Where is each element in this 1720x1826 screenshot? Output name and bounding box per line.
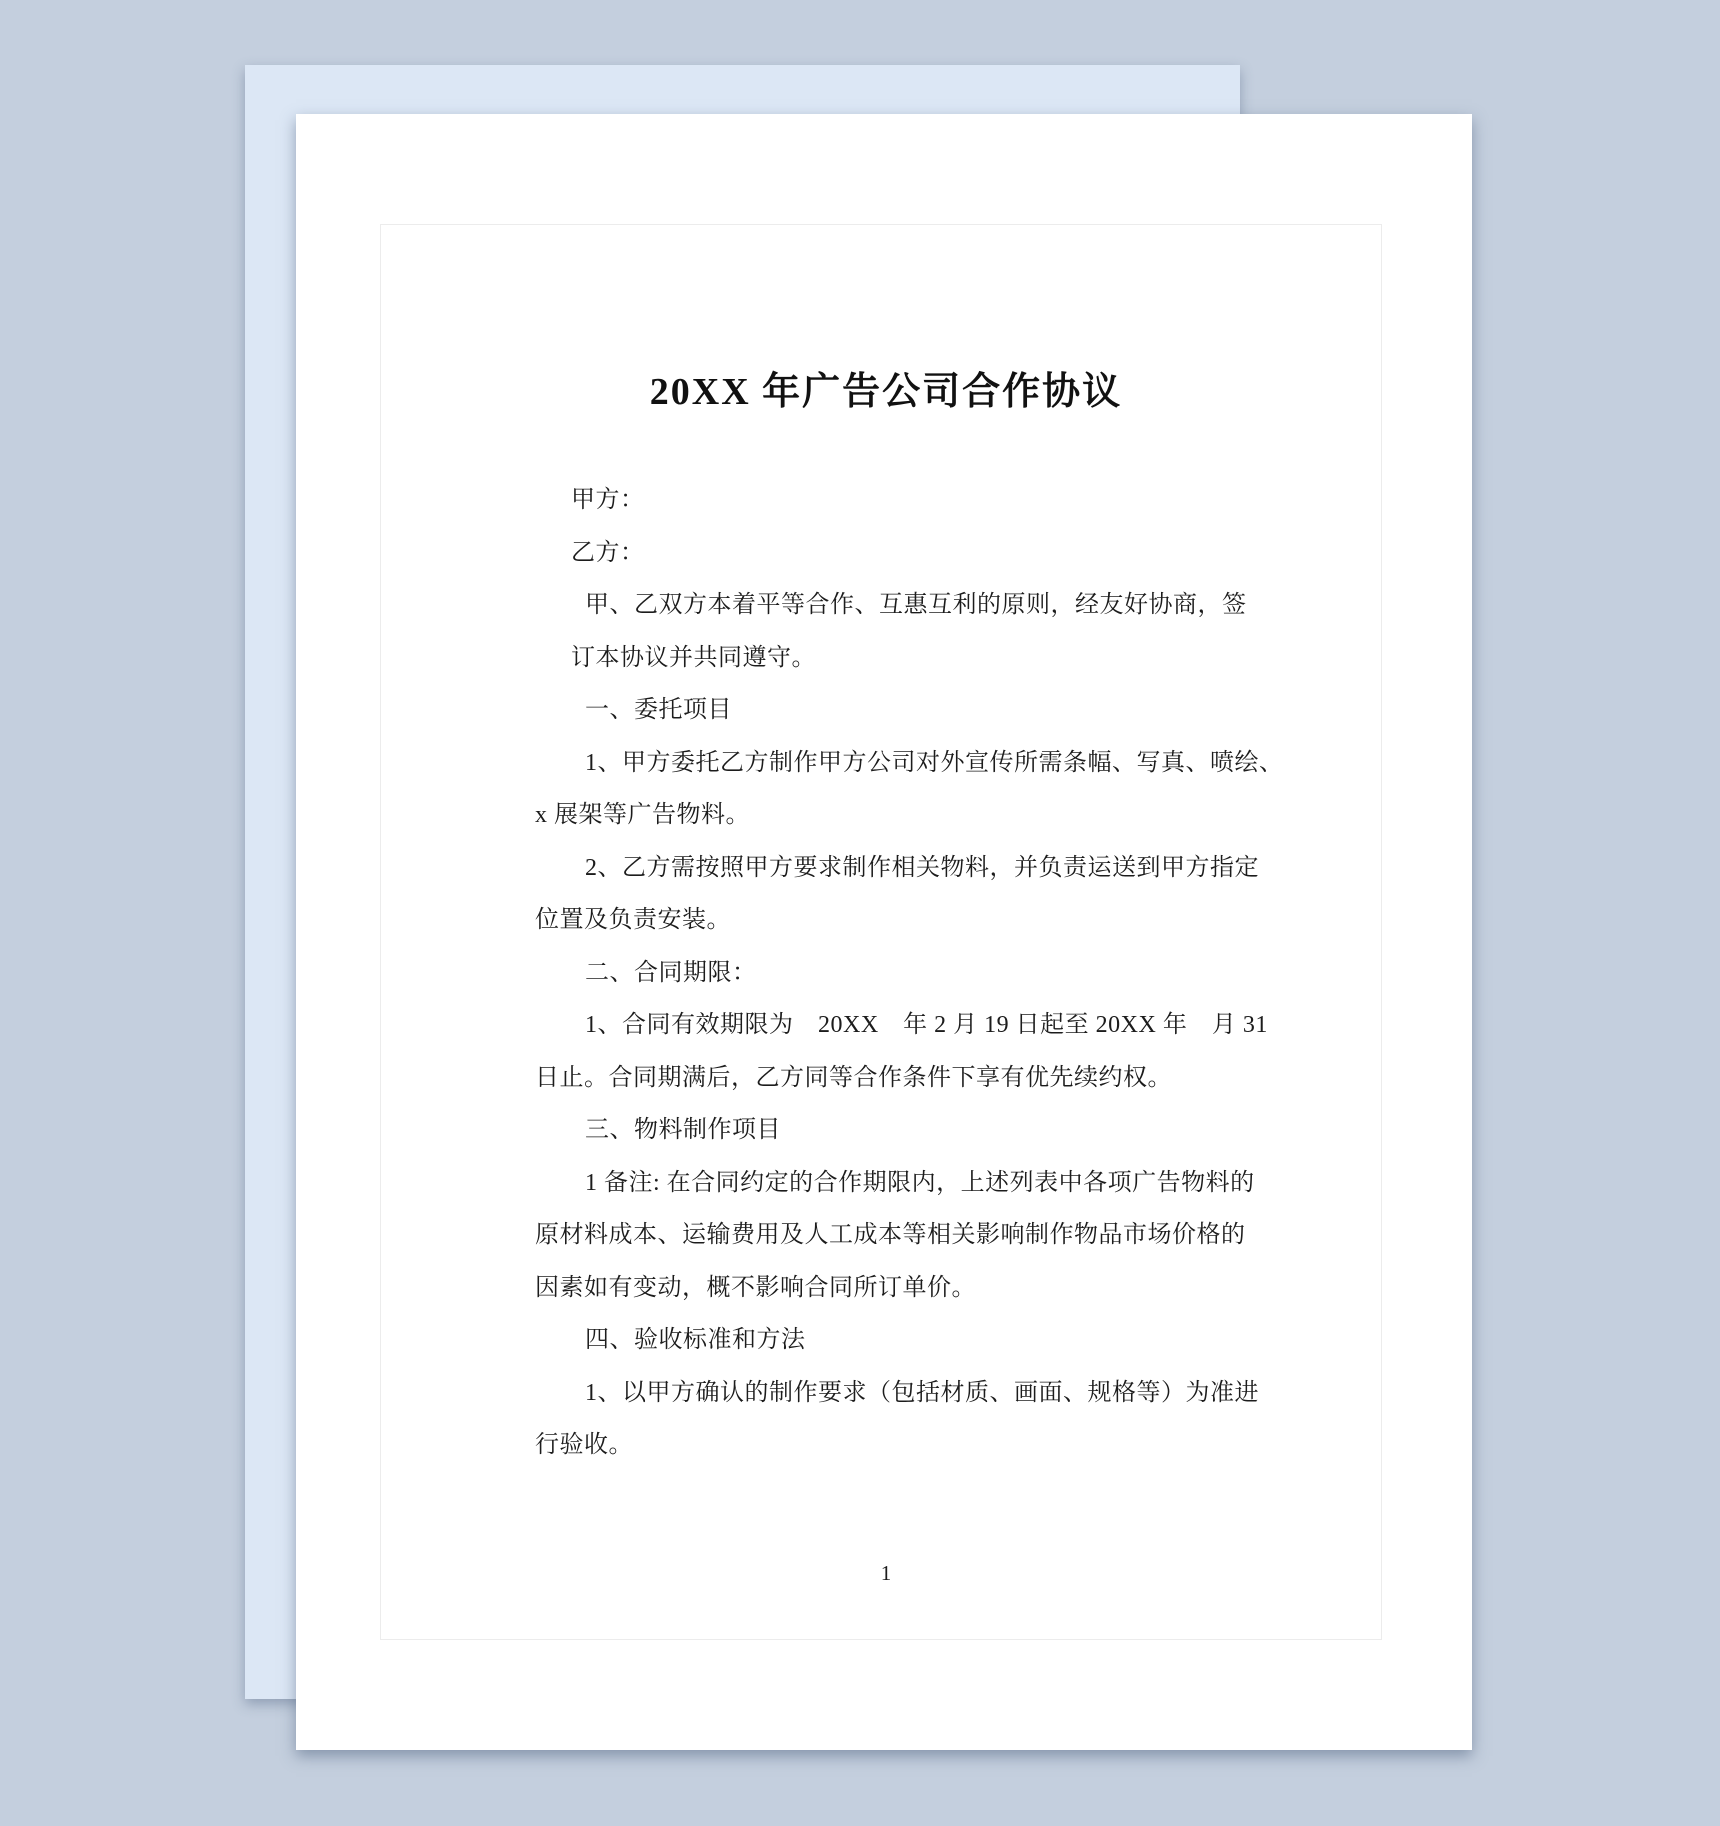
document-content: 20XX 年广告公司合作协议 甲方：乙方：甲、乙双方本着平等合作、互惠互利的原则… — [535, 114, 1237, 1586]
document-line: 1、甲方委托乙方制作甲方公司对外宣传所需条幅、写真、喷绘、 — [535, 737, 1237, 790]
document-line: x 展架等广告物料。 — [535, 789, 1237, 842]
document-line: 1、以甲方确认的制作要求（包括材质、画面、规格等）为准进 — [535, 1367, 1237, 1420]
document-line: 一、委托项目 — [535, 684, 1237, 737]
document-line: 四、验收标准和方法 — [535, 1314, 1237, 1367]
document-line: 乙方： — [535, 527, 1237, 580]
document-line: 二、合同期限： — [535, 947, 1237, 1000]
document-line: 甲、乙双方本着平等合作、互惠互利的原则，经友好协商，签 — [535, 579, 1237, 632]
document-line: 1、合同有效期限为 20XX 年 2 月 19 日起至 20XX 年 月 31 — [535, 999, 1237, 1052]
document-line: 位置及负责安装。 — [535, 894, 1237, 947]
document-line: 甲方： — [535, 474, 1237, 527]
page-number: 1 — [535, 1560, 1237, 1586]
document-line: 订本协议并共同遵守。 — [535, 632, 1237, 685]
canvas-background: { "background_color": "#c4cfde", "back_s… — [0, 0, 1720, 1826]
document-line: 2、乙方需按照甲方要求制作相关物料，并负责运送到甲方指定 — [535, 842, 1237, 895]
document-line: 三、物料制作项目 — [535, 1104, 1237, 1157]
document-line: 日止。合同期满后，乙方同等合作条件下享有优先续约权。 — [535, 1052, 1237, 1105]
document-title: 20XX 年广告公司合作协议 — [535, 364, 1237, 420]
document-body: 甲方：乙方：甲、乙双方本着平等合作、互惠互利的原则，经友好协商，签订本协议并共同… — [535, 474, 1237, 1472]
document-line: 原材料成本、运输费用及人工成本等相关影响制作物品市场价格的 — [535, 1209, 1237, 1262]
document-line: 行验收。 — [535, 1419, 1237, 1472]
document-page: 20XX 年广告公司合作协议 甲方：乙方：甲、乙双方本着平等合作、互惠互利的原则… — [296, 114, 1472, 1750]
document-line: 因素如有变动，概不影响合同所订单价。 — [535, 1262, 1237, 1315]
document-line: 1 备注: 在合同约定的合作期限内，上述列表中各项广告物料的 — [535, 1157, 1237, 1210]
